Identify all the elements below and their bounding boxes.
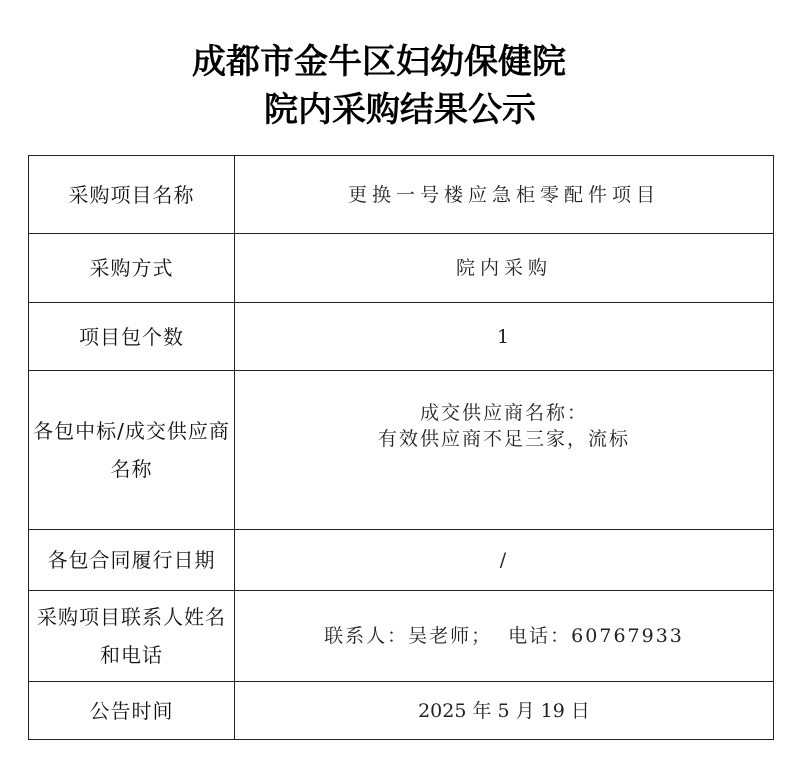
value-winning-supplier: 成交供应商名称： 有效供应商不足三家，流标 [235, 371, 774, 530]
value-winning-supplier-line-1: 成交供应商名称： [235, 400, 773, 426]
value-procurement-method: 院内采购 [235, 234, 774, 303]
table-row-announcement-date: 公告时间 2025 年 5 月 19 日 [29, 682, 774, 740]
label-project-name: 采购项目名称 [29, 156, 235, 234]
value-project-name: 更换一号楼应急柜零配件项目 [235, 156, 774, 234]
table-row-contact: 采购项目联系人姓名和电话 联系人：吴老师； 电话：60767933 [29, 591, 774, 682]
table-row-project-name: 采购项目名称 更换一号楼应急柜零配件项目 [29, 156, 774, 234]
procurement-result-table: 采购项目名称 更换一号楼应急柜零配件项目 采购方式 院内采购 项目包个数 1 各… [28, 155, 774, 740]
value-contract-date: / [235, 530, 774, 591]
value-package-count: 1 [235, 303, 774, 371]
value-winning-supplier-line-2: 有效供应商不足三家，流标 [235, 426, 773, 452]
label-contact: 采购项目联系人姓名和电话 [29, 591, 235, 682]
label-contract-date: 各包合同履行日期 [29, 530, 235, 591]
table-row-contract-date: 各包合同履行日期 / [29, 530, 774, 591]
table-row-winning-supplier: 各包中标/成交供应商名称 成交供应商名称： 有效供应商不足三家，流标 [29, 371, 774, 530]
table-row-procurement-method: 采购方式 院内采购 [29, 234, 774, 303]
label-procurement-method: 采购方式 [29, 234, 235, 303]
label-winning-supplier: 各包中标/成交供应商名称 [29, 371, 235, 530]
table-row-package-count: 项目包个数 1 [29, 303, 774, 371]
page-title-line-1: 成都市金牛区妇幼保健院 [192, 42, 566, 82]
page-title-line-2: 院内采购结果公示 [264, 90, 536, 130]
value-contact: 联系人：吴老师； 电话：60767933 [235, 591, 774, 682]
label-announcement-date: 公告时间 [29, 682, 235, 740]
value-announcement-date: 2025 年 5 月 19 日 [235, 682, 774, 740]
label-package-count: 项目包个数 [29, 303, 235, 371]
